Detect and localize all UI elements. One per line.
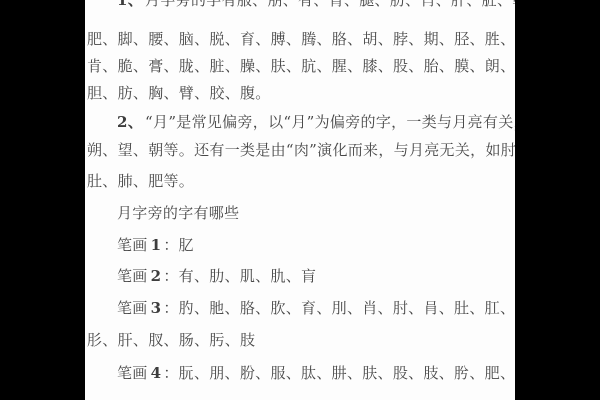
text-line: 月字旁的字有服、朋、有、肓、腿、肪、肖、肝、脏、朝、: [145, 0, 515, 9]
text-line: 肯、脆、膏、胧、脏、臊、肤、肮、腥、膝、股、胎、膜、朗、: [87, 57, 515, 75]
paragraph2-line2: 朔、望、朝等。还有一类是由“肉”演化而来，与月亮无关，如肘、: [87, 140, 513, 160]
stroke-chars: ：有、肋、肌、肍、肓: [163, 267, 316, 285]
section-heading: 月字旁的字有哪些: [87, 203, 513, 223]
stroke-number: 3: [151, 299, 162, 317]
text-line: 肚、肺、肥等。: [87, 172, 194, 190]
paragraph1-line3: 肯、脆、膏、胧、脏、臊、肤、肮、腥、膝、股、胎、膜、朗、: [87, 56, 513, 76]
paragraph1-line4: 胆、肪、胸、臂、胶、腹。: [87, 83, 513, 103]
paragraph2-line3: 肚、肺、肥等。: [87, 171, 513, 191]
text-line: 肥、脚、腰、脑、脱、育、膊、腾、胳、胡、脖、期、胫、胜、: [87, 30, 515, 48]
stroke-label: 笔画: [117, 364, 148, 382]
stroke-label: 笔画: [117, 236, 148, 254]
list-number: 2、: [117, 113, 143, 131]
stroke-number: 1: [151, 236, 162, 254]
stroke-chars: ：朊、朋、肦、服、肽、肼、肤、股、肢、肹、肥、: [163, 364, 515, 382]
stroke-label: 笔画: [117, 267, 148, 285]
letterbox-background: 1、月字旁的字有服、朋、有、肓、腿、肪、肖、肝、脏、朝、 肥、脚、腰、脑、脱、育…: [0, 0, 600, 400]
stroke-chars: ：肑、肔、胳、肷、育、刖、肖、肘、肙、肚、肛、: [163, 299, 515, 317]
stroke-chars: 肜、肝、肞、肠、肟、肢: [87, 331, 255, 349]
stroke-line-4: 笔画4：朊、朋、肦、服、肽、肼、肤、股、肢、肹、肥、: [87, 363, 513, 383]
text-line: 胆、肪、胸、臂、胶、腹。: [87, 84, 271, 102]
stroke-line-3-continued: 肜、肝、肞、肠、肟、肢: [87, 330, 513, 350]
text-line: “月”是常见偏旁，以“月”为偏旁的字，一类与月亮有关，如: [145, 113, 515, 131]
stroke-number: 4: [151, 364, 162, 382]
stroke-chars: ：肊: [163, 236, 194, 254]
stroke-line-2: 笔画2：有、肋、肌、肍、肓: [87, 266, 513, 286]
stroke-line-3: 笔画3：肑、肔、胳、肷、育、刖、肖、肘、肙、肚、肛、: [87, 298, 513, 318]
paragraph1-line1: 1、月字旁的字有服、朋、有、肓、腿、肪、肖、肝、脏、朝、: [87, 0, 513, 10]
stroke-number: 2: [151, 267, 162, 285]
stroke-label: 笔画: [117, 299, 148, 317]
list-number: 1、: [117, 0, 143, 9]
article-page: 1、月字旁的字有服、朋、有、肓、腿、肪、肖、肝、脏、朝、 肥、脚、腰、脑、脱、育…: [85, 0, 515, 400]
paragraph2-line1: 2、“月”是常见偏旁，以“月”为偏旁的字，一类与月亮有关，如: [87, 112, 513, 132]
stroke-line-1: 笔画1：肊: [87, 235, 513, 255]
text-line: 朔、望、朝等。还有一类是由“肉”演化而来，与月亮无关，如肘、: [87, 141, 515, 159]
paragraph1-line2: 肥、脚、腰、脑、脱、育、膊、腾、胳、胡、脖、期、胫、胜、: [87, 29, 513, 49]
